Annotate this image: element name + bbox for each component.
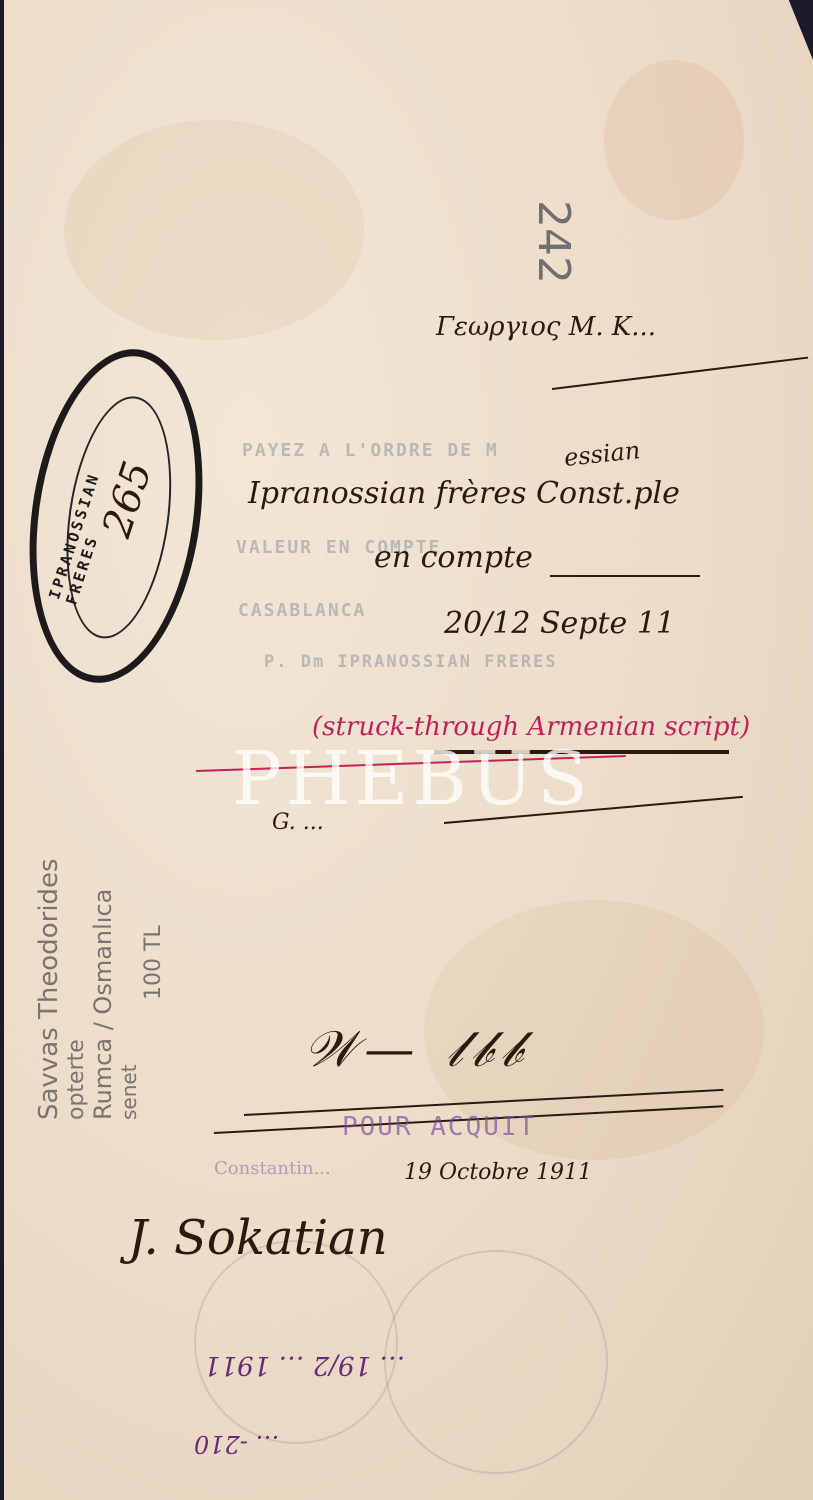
archive-number: 242 (528, 200, 579, 284)
stain (604, 60, 744, 220)
printed-line-firm: P. Dm IPRANOSSIAN FRERES (264, 652, 558, 672)
faint-seal (194, 1240, 398, 1444)
handwritten-valeur: en compte (374, 540, 533, 575)
oval-stamp: IPRANOSSIAN FRERES 265 (9, 338, 222, 694)
pencil-note-line1: Savvas Theodorides (34, 858, 64, 1120)
handwritten-date: 20/12 Septe 11 (444, 606, 675, 641)
pencil-note: Savvas Theodorides opterte Rumca / Osman… (34, 858, 166, 1120)
stain (64, 120, 364, 340)
watermark: PHEBUS (232, 736, 592, 822)
pencil-note-line3: Rumca / Osmanlıca (89, 858, 117, 1120)
signature-underline (552, 357, 808, 390)
pencil-note-line4: senet (117, 858, 141, 1120)
place-stamp: Constantin... (214, 1158, 331, 1179)
printed-line-place: CASABLANCA (238, 600, 366, 621)
faint-seal (384, 1250, 608, 1474)
acquit-signature: J. Sokatian (128, 1210, 388, 1266)
bottom-armenian-line2: … -210 (194, 1430, 280, 1458)
acquit-date: 19 Octobre 1911 (404, 1160, 592, 1185)
printed-line-order: PAYEZ A L'ORDRE DE M (242, 440, 499, 461)
pencil-note-line2: opterte (64, 858, 89, 1120)
pencil-note-line5: 100 TL (141, 738, 166, 1000)
document-paper: 242 Γεωργιος Μ. Κ... IPRANOSSIAN FRERES … (4, 0, 813, 1500)
large-signature: 𝒲— 𝓁𝒷𝒷 (304, 1020, 530, 1079)
pour-acquit-stamp: POUR ACQUIT (342, 1112, 536, 1142)
top-endorsement-signature: Γεωργιος Μ. Κ... (436, 312, 656, 342)
handwritten-above-payee: essian (563, 436, 642, 472)
valeur-underline (550, 575, 700, 577)
bottom-armenian-line1: … 19/2 … 1911 (204, 1350, 405, 1380)
handwritten-payee: Ipranossian frères Const.ple (248, 476, 680, 511)
